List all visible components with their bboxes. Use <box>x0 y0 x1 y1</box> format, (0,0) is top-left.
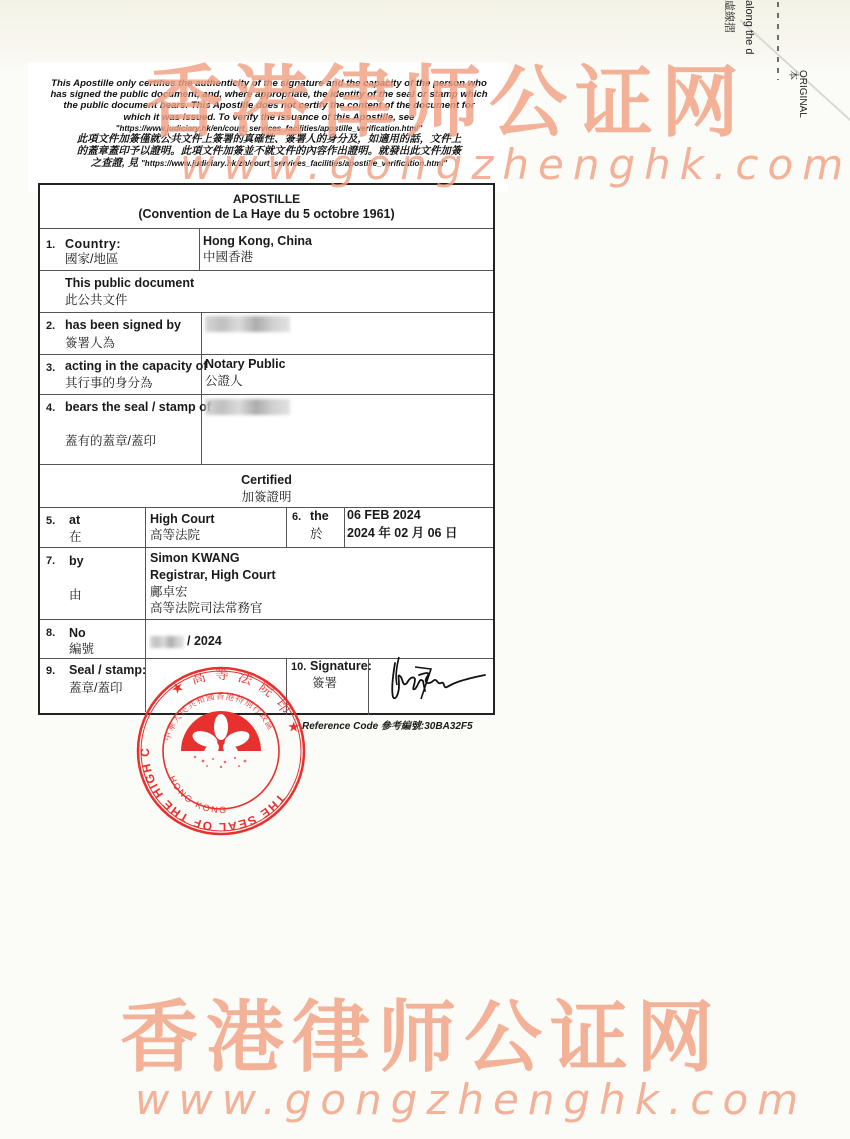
by-label-zh: 由 <box>69 588 82 603</box>
country-value: Hong Kong, China <box>203 234 312 249</box>
fold-mark: 本 <box>787 70 802 80</box>
fold-text-zh: 虛線摺 <box>722 0 738 33</box>
registrar-name-zh: 鄺卓宏 <box>150 585 188 600</box>
capacity-label: acting in the capacity of <box>65 359 207 374</box>
row4-number: 4. <box>46 401 55 416</box>
certified-label: Certified <box>40 473 493 488</box>
place-value: High Court <box>150 512 215 527</box>
at-label-zh: 在 <box>69 530 82 545</box>
apostille-number-year: / 2024 <box>187 634 222 649</box>
certified-label-zh: 加簽證明 <box>40 490 493 505</box>
watermark-url-top: www.gongzhenghk.com <box>180 140 850 189</box>
row8-number: 8. <box>46 626 55 641</box>
apostille-title: APOSTILLE <box>40 192 493 207</box>
signature-label: Signature: <box>310 659 372 674</box>
country-label-zh: 國家/地區 <box>65 252 118 267</box>
number-label: No <box>69 626 86 641</box>
seal-of-label-zh: 蓋有的蓋章/蓋印 <box>65 434 156 449</box>
date-value-zh: 2024 年 02 月 06 日 <box>347 526 457 541</box>
reference-code: Reference Code 參考編號:30BA32F5 <box>302 717 473 732</box>
country-label: Country: <box>65 237 121 252</box>
registrar-title: Registrar, High Court <box>150 568 276 583</box>
high-court-seal: THE SEAL OF THE HIGH COURT ★ 高 等 法 院 印 ★… <box>135 665 307 837</box>
row2-number: 2. <box>46 319 55 334</box>
watermark-cn-top: 香港律师公证网 <box>145 40 747 152</box>
watermark-cn-bottom: 香港律师公证网 <box>120 975 722 1087</box>
notice-zh-prefix: 之查證, 見 <box>91 158 141 169</box>
watermark-url-bottom: www.gongzhenghk.com <box>135 1075 807 1124</box>
registrar-title-zh: 高等法院司法常務官 <box>150 601 263 616</box>
signed-by-label-zh: 簽署人為 <box>65 336 115 351</box>
public-document-label: This public document <box>65 276 194 291</box>
place-value-zh: 高等法院 <box>150 528 200 543</box>
row9-number: 9. <box>46 664 55 679</box>
public-document-label-zh: 此公共文件 <box>65 293 128 308</box>
by-label: by <box>69 554 84 569</box>
country-value-zh: 中國香港 <box>203 250 253 265</box>
signature-label-zh: 簽署 <box>312 676 337 691</box>
registrar-name: Simon KWANG <box>150 551 240 566</box>
at-label: at <box>69 513 80 528</box>
date-value: 06 FEB 2024 <box>347 508 421 523</box>
redacted-seal-owner <box>205 399 290 415</box>
row5-number: 5. <box>46 514 55 529</box>
row3-number: 3. <box>46 361 55 376</box>
row6-number: 6. <box>292 510 301 525</box>
redacted-signer-name <box>205 316 290 332</box>
row7-number: 7. <box>46 554 55 569</box>
apostille-certificate: APOSTILLE (Convention de La Haye du 5 oc… <box>38 183 495 715</box>
date-label-zh: 於 <box>310 527 323 542</box>
date-label: the <box>310 509 329 524</box>
capacity-value: Notary Public <box>205 357 286 372</box>
row1-number: 1. <box>46 238 55 253</box>
capacity-value-zh: 公證人 <box>205 374 243 389</box>
capacity-label-zh: 其行事的身分為 <box>65 376 153 391</box>
apostille-subtitle: (Convention de La Haye du 5 octobre 1961… <box>40 207 493 222</box>
redacted-apostille-number <box>150 636 184 648</box>
number-label-zh: 編號 <box>69 642 94 657</box>
seal-stamp-label-zh: 蓋章/蓋印 <box>69 681 122 696</box>
seal-of-label: bears the seal / stamp of <box>65 400 211 415</box>
registrar-signature <box>385 655 490 707</box>
signed-by-label: has been signed by <box>65 318 181 333</box>
